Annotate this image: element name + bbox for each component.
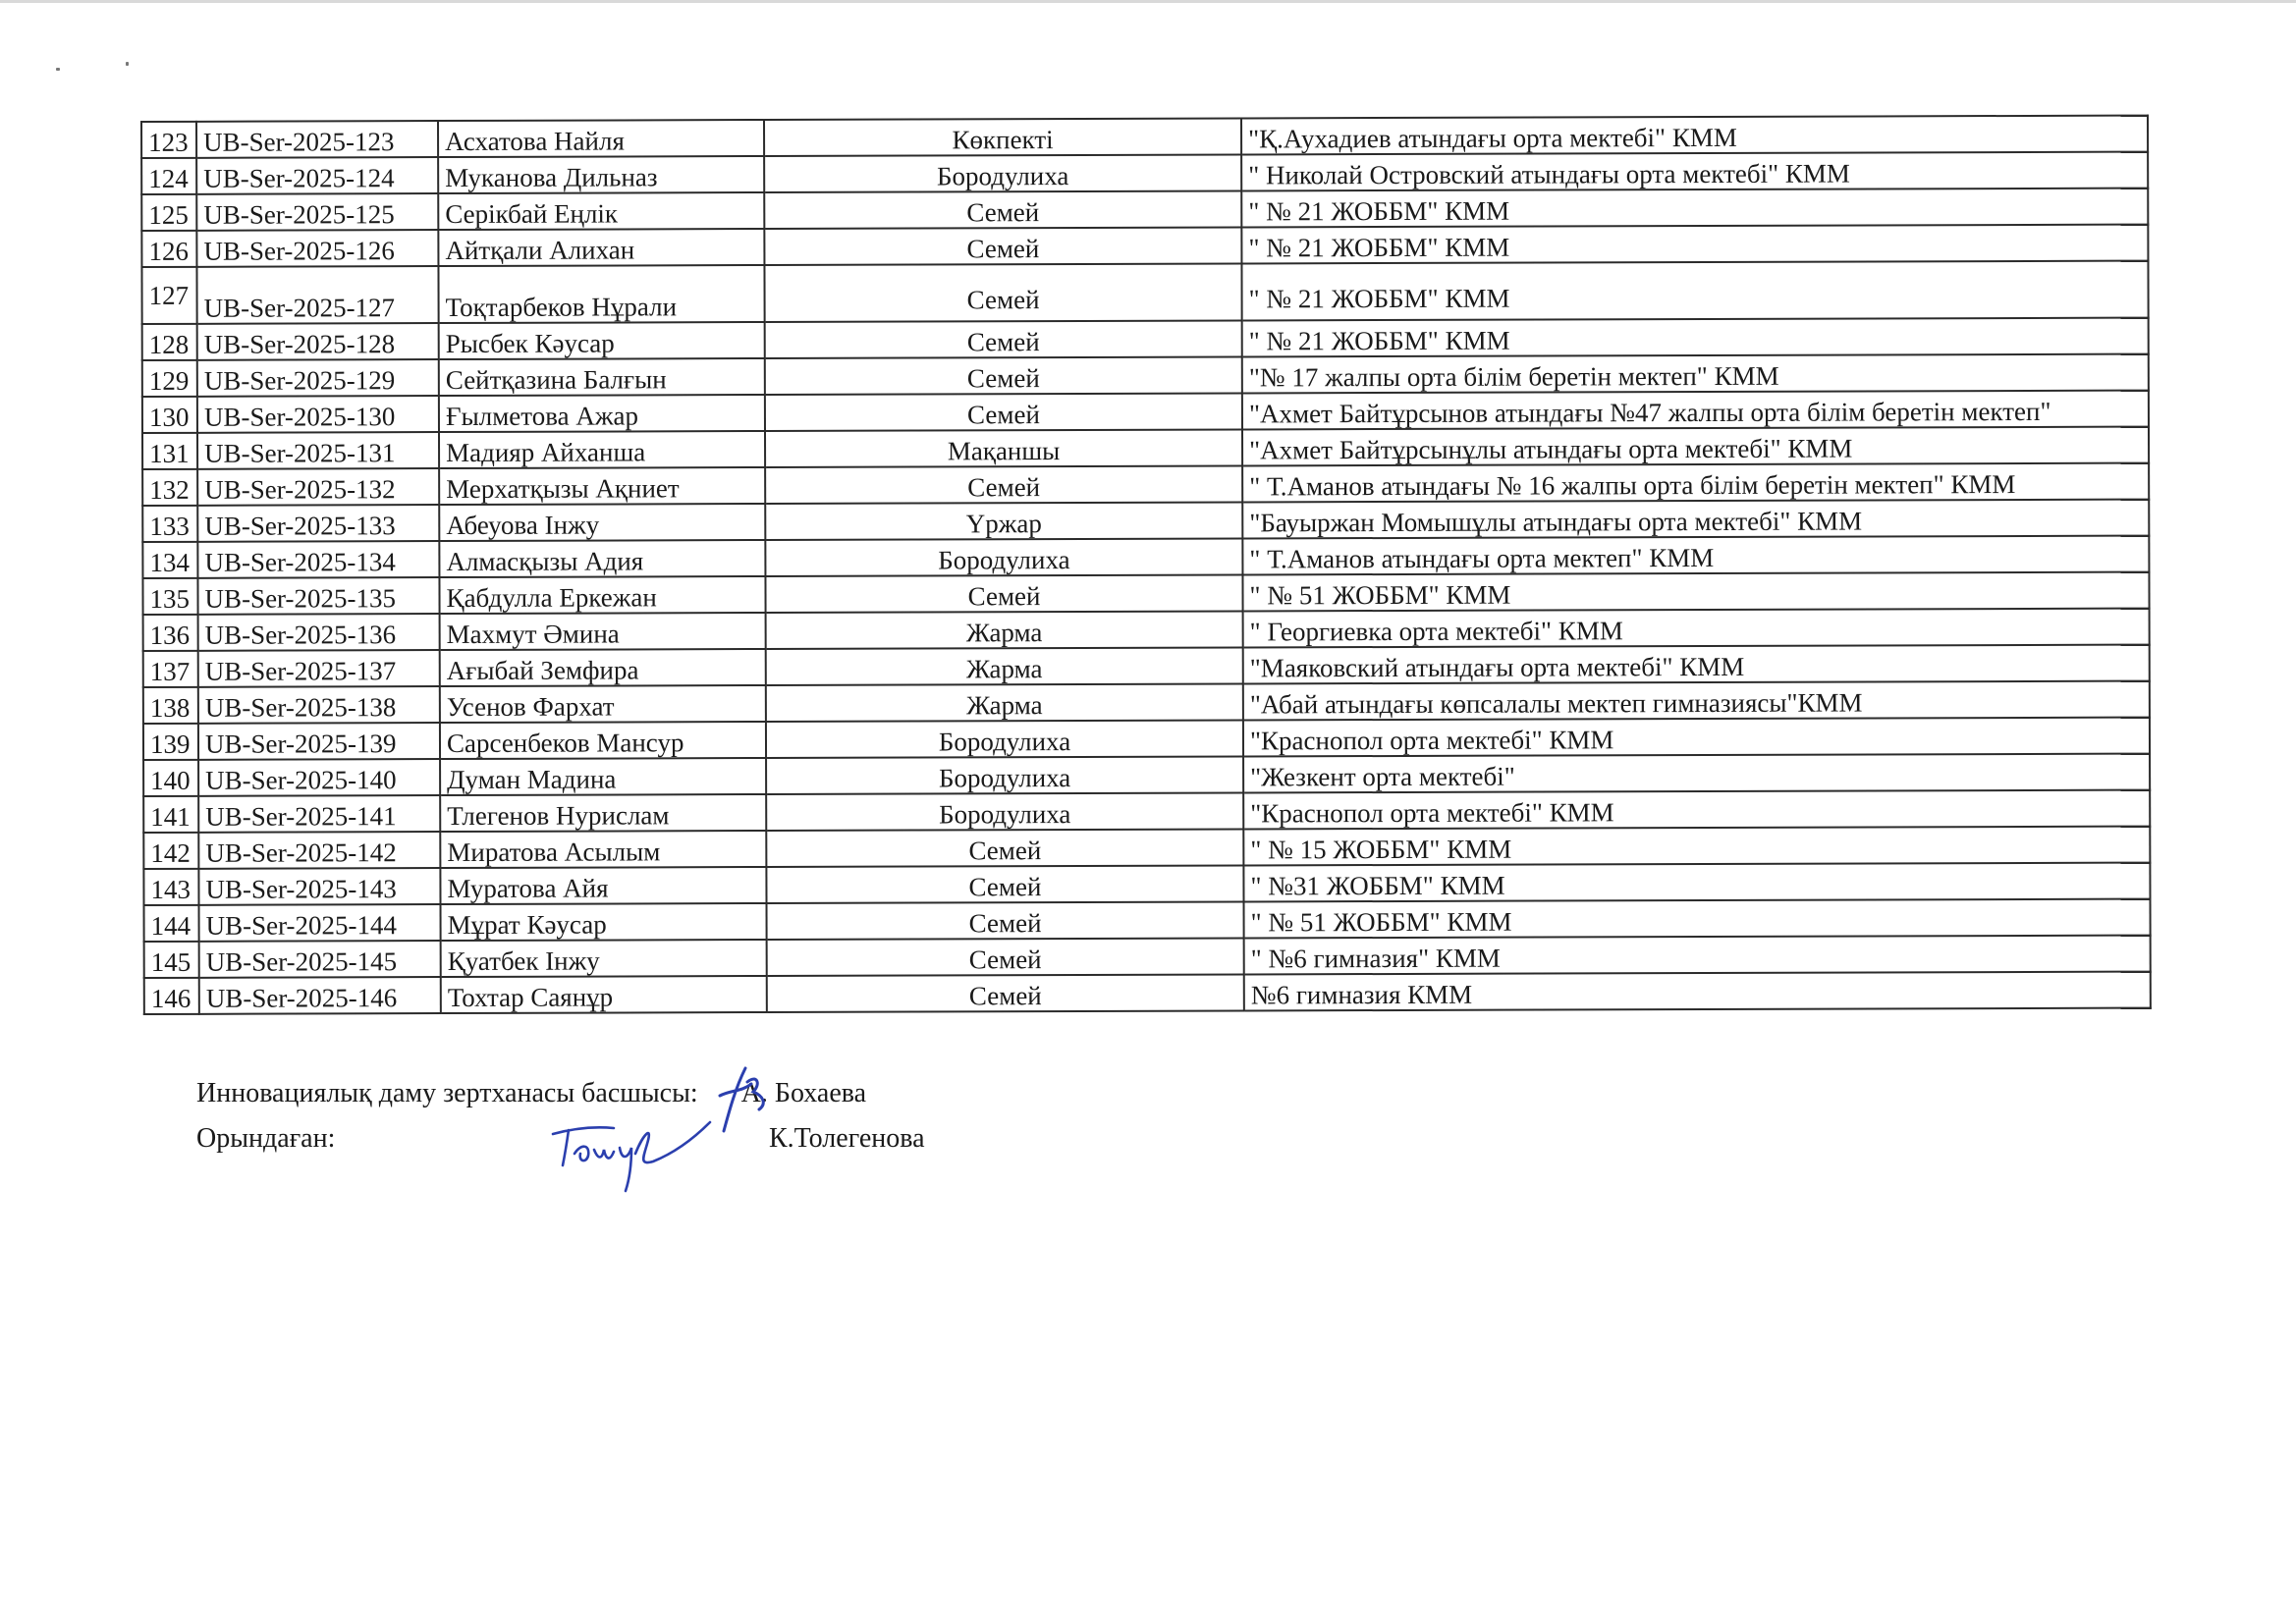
student-name: Абеуова Інжу bbox=[439, 504, 765, 541]
table-row: 124 UB-Ser-2025-124 Муканова Дильназ Бор… bbox=[141, 152, 2148, 194]
row-number: 129 bbox=[142, 360, 197, 397]
student-name: Қуатбек Інжу bbox=[441, 940, 767, 977]
district: Семей bbox=[764, 190, 1241, 229]
school-name: " № 15 ЖОББМ" КММ bbox=[1243, 827, 2150, 866]
district: Семей bbox=[765, 574, 1242, 613]
table-row: 135 UB-Ser-2025-135 Қабдулла Еркежан Сем… bbox=[142, 572, 2149, 615]
table-row: 133 UB-Ser-2025-133 Абеуова Інжу Үржар "… bbox=[142, 500, 2149, 542]
district: Семей bbox=[766, 865, 1243, 903]
table-row: 139 UB-Ser-2025-139 Сарсенбеков Мансур Б… bbox=[143, 718, 2150, 760]
registration-code: UB-Ser-2025-130 bbox=[197, 396, 439, 433]
table-row: 134 UB-Ser-2025-134 Алмасқызы Адия Бород… bbox=[142, 536, 2149, 578]
school-name: " № 21 ЖОББМ" КММ bbox=[1242, 318, 2149, 357]
student-name: Сейтқазина Балғын bbox=[439, 358, 765, 396]
school-name: " №31 ЖОББМ" КММ bbox=[1243, 863, 2150, 902]
table-row: 145 UB-Ser-2025-145 Қуатбек Інжу Семей "… bbox=[144, 936, 2151, 978]
school-name: " № 51 ЖОББМ" КММ bbox=[1242, 572, 2149, 612]
row-number: 124 bbox=[141, 158, 196, 194]
roster-body: 123 UB-Ser-2025-123 Асхатова Найля Көкпе… bbox=[141, 116, 2151, 1014]
registration-code: UB-Ser-2025-123 bbox=[196, 121, 438, 158]
table-row: 129 UB-Ser-2025-129 Сейтқазина Балғын Се… bbox=[142, 354, 2149, 397]
registration-code: UB-Ser-2025-133 bbox=[197, 505, 439, 542]
student-name: Асхатова Найля bbox=[438, 120, 764, 157]
row-number: 139 bbox=[143, 724, 198, 760]
registration-code: UB-Ser-2025-139 bbox=[198, 723, 440, 760]
school-name: "Краснопол орта мектебі" КММ bbox=[1243, 790, 2150, 830]
student-name: Думан Мадина bbox=[440, 758, 766, 795]
row-number: 130 bbox=[142, 397, 197, 433]
student-name: Муратова Айя bbox=[440, 867, 766, 904]
table-row: 140 UB-Ser-2025-140 Думан Мадина Бородул… bbox=[143, 754, 2150, 796]
school-name: " Т.Аманов атындағы № 16 жалпы орта білі… bbox=[1242, 463, 2149, 503]
registration-code: UB-Ser-2025-126 bbox=[196, 230, 438, 267]
head-label: Инновациялық даму зертханасы басшысы: bbox=[196, 1078, 698, 1108]
row-number: 133 bbox=[142, 506, 197, 542]
row-number: 127 bbox=[141, 267, 196, 324]
district: Үржар bbox=[765, 502, 1242, 540]
district: Семей bbox=[765, 393, 1242, 431]
district: Семей bbox=[766, 829, 1243, 867]
row-number: 143 bbox=[143, 869, 198, 905]
scan-edge bbox=[0, 0, 2296, 3]
table-row: 137 UB-Ser-2025-137 Ағыбай Земфира Жарма… bbox=[143, 645, 2150, 687]
scan-speck bbox=[56, 68, 60, 71]
district: Мақаншы bbox=[765, 429, 1242, 467]
district: Семей bbox=[767, 938, 1244, 976]
student-name: Миратова Асылым bbox=[440, 831, 766, 868]
row-number: 131 bbox=[142, 433, 197, 469]
school-name: "Абай атындағы көпсалалы мектеп гимназия… bbox=[1243, 681, 2150, 721]
district: Семей bbox=[765, 320, 1242, 358]
school-name: №6 гимназия КММ bbox=[1244, 972, 2151, 1011]
row-number: 141 bbox=[143, 796, 198, 833]
school-name: " № 21 ЖОББМ" КММ bbox=[1241, 225, 2148, 264]
school-name: " Георгиевка орта мектебі" КММ bbox=[1243, 609, 2150, 648]
registration-code: UB-Ser-2025-143 bbox=[198, 868, 440, 905]
student-name: Тлегенов Нурислам bbox=[440, 794, 766, 832]
student-name: Сарсенбеков Мансур bbox=[440, 722, 766, 759]
student-name: Қабдулла Еркежан bbox=[439, 576, 765, 614]
district: Жарма bbox=[766, 611, 1243, 649]
student-name: Махмут Әмина bbox=[440, 613, 766, 650]
registration-code: UB-Ser-2025-134 bbox=[197, 541, 439, 578]
scan-speck bbox=[126, 62, 129, 66]
student-name: Мадияр Айханша bbox=[439, 431, 765, 468]
district: Семей bbox=[767, 974, 1244, 1012]
table-row: 144 UB-Ser-2025-144 Мұрат Кәусар Семей "… bbox=[144, 899, 2151, 942]
student-name: Рысбек Кәусар bbox=[439, 322, 765, 359]
row-number: 138 bbox=[143, 687, 198, 724]
row-number: 140 bbox=[143, 760, 198, 796]
school-name: " № 21 ЖОББМ" КММ bbox=[1241, 261, 2148, 321]
table-row: 136 UB-Ser-2025-136 Махмут Әмина Жарма "… bbox=[143, 609, 2150, 651]
district: Бородулиха bbox=[765, 538, 1242, 576]
student-name: Алмасқызы Адия bbox=[439, 540, 765, 577]
school-name: "Қ.Аухадиев атындағы орта мектебі" КММ bbox=[1241, 116, 2148, 155]
table-row: 146 UB-Ser-2025-146 Тохтар Саянұр Семей … bbox=[144, 972, 2151, 1014]
registration-code: UB-Ser-2025-144 bbox=[199, 904, 441, 942]
registration-code: UB-Ser-2025-136 bbox=[198, 614, 440, 651]
student-name: Усенов Фархат bbox=[440, 685, 766, 723]
school-name: "Жезкент орта мектебі" bbox=[1243, 754, 2150, 793]
school-name: "Бауыржан Момышұлы атындағы орта мектебі… bbox=[1242, 500, 2149, 539]
executor-signature-icon bbox=[545, 1114, 732, 1198]
executor-name: К.Толегенова bbox=[769, 1123, 925, 1154]
registration-code: UB-Ser-2025-146 bbox=[199, 977, 441, 1014]
table-row: 132 UB-Ser-2025-132 Мерхатқызы Ақниет Се… bbox=[142, 463, 2149, 506]
table-row: 126 UB-Ser-2025-126 Айтқали Алихан Семей… bbox=[141, 225, 2148, 267]
registration-code: UB-Ser-2025-124 bbox=[196, 157, 438, 194]
student-name: Тоқтарбеков Нұрали bbox=[438, 265, 764, 323]
district: Бородулиха bbox=[766, 792, 1243, 831]
row-number: 128 bbox=[142, 324, 197, 360]
table-row: 125 UB-Ser-2025-125 Серікбай Еңлік Семей… bbox=[141, 189, 2148, 231]
student-name: Тохтар Саянұр bbox=[441, 976, 767, 1013]
registration-code: UB-Ser-2025-131 bbox=[197, 432, 439, 469]
registration-code: UB-Ser-2025-127 bbox=[196, 266, 438, 324]
registration-code: UB-Ser-2025-138 bbox=[198, 686, 440, 724]
student-name: Мұрат Кәусар bbox=[441, 903, 767, 941]
school-name: "Краснопол орта мектебі" КММ bbox=[1243, 718, 2150, 757]
row-number: 134 bbox=[142, 542, 197, 578]
school-name: " Т.Аманов атындағы орта мектеп" КММ bbox=[1242, 536, 2149, 575]
registration-code: UB-Ser-2025-129 bbox=[197, 359, 439, 397]
executor-name-line: К.Толегенова bbox=[769, 1123, 925, 1155]
row-number: 123 bbox=[141, 122, 196, 158]
student-name: Мерхатқызы Ақниет bbox=[439, 467, 765, 505]
district: Бородулиха bbox=[766, 720, 1243, 758]
executor-label-line: Орындаған: bbox=[196, 1123, 335, 1155]
school-name: " №6 гимназия" КММ bbox=[1244, 936, 2151, 975]
school-name: " № 51 ЖОББМ" КММ bbox=[1244, 899, 2151, 939]
row-number: 135 bbox=[142, 578, 197, 615]
table-row: 130 UB-Ser-2025-130 Ғылметова Ажар Семей… bbox=[142, 391, 2149, 433]
row-number: 137 bbox=[143, 651, 198, 687]
student-name: Айтқали Алихан bbox=[438, 229, 764, 266]
executor-label: Орындаған: bbox=[196, 1123, 335, 1154]
district: Семей bbox=[765, 356, 1242, 395]
student-name: Ғылметова Ажар bbox=[439, 395, 765, 432]
school-name: "Ахмет Байтұрсынұлы атындағы орта мектеб… bbox=[1242, 427, 2149, 466]
registration-code: UB-Ser-2025-125 bbox=[196, 193, 438, 231]
row-number: 136 bbox=[143, 615, 198, 651]
table-row: 143 UB-Ser-2025-143 Муратова Айя Семей "… bbox=[143, 863, 2150, 905]
registration-code: UB-Ser-2025-141 bbox=[198, 795, 440, 833]
table-row: 123 UB-Ser-2025-123 Асхатова Найля Көкпе… bbox=[141, 116, 2148, 158]
district: Семей bbox=[765, 465, 1242, 504]
registration-code: UB-Ser-2025-140 bbox=[198, 759, 440, 796]
student-name: Серікбай Еңлік bbox=[438, 192, 764, 230]
table-row: 131 UB-Ser-2025-131 Мадияр Айханша Мақан… bbox=[142, 427, 2149, 469]
table-row: 128 UB-Ser-2025-128 Рысбек Кәусар Семей … bbox=[142, 318, 2149, 360]
district: Бородулиха bbox=[764, 154, 1241, 192]
student-roster-table: 123 UB-Ser-2025-123 Асхатова Найля Көкпе… bbox=[140, 115, 2152, 1015]
row-number: 142 bbox=[143, 833, 198, 869]
school-name: "Ахмет Байтұрсынов атындағы №47 жалпы ор… bbox=[1242, 391, 2149, 430]
district: Семей bbox=[764, 263, 1241, 322]
registration-code: UB-Ser-2025-145 bbox=[199, 941, 441, 978]
row-number: 126 bbox=[141, 231, 196, 267]
district: Семей bbox=[767, 901, 1244, 940]
school-name: "Маяковский атындағы орта мектебі" КММ bbox=[1243, 645, 2150, 684]
table-row: 138 UB-Ser-2025-138 Усенов Фархат Жарма … bbox=[143, 681, 2150, 724]
registration-code: UB-Ser-2025-135 bbox=[197, 577, 439, 615]
school-name: " № 21 ЖОББМ" КММ bbox=[1241, 189, 2148, 228]
district: Бородулиха bbox=[766, 756, 1243, 794]
school-name: "№ 17 жалпы орта білім беретін мектеп" К… bbox=[1242, 354, 2149, 394]
row-number: 144 bbox=[144, 905, 199, 942]
registration-code: UB-Ser-2025-132 bbox=[197, 468, 439, 506]
student-name: Муканова Дильназ bbox=[438, 156, 764, 193]
row-number: 146 bbox=[144, 978, 199, 1014]
district: Семей bbox=[764, 227, 1241, 265]
row-number: 125 bbox=[141, 194, 196, 231]
table-row: 141 UB-Ser-2025-141 Тлегенов Нурислам Бо… bbox=[143, 790, 2150, 833]
row-number: 132 bbox=[142, 469, 197, 506]
registration-code: UB-Ser-2025-137 bbox=[198, 650, 440, 687]
student-name: Ағыбай Земфира bbox=[440, 649, 766, 686]
registration-code: UB-Ser-2025-142 bbox=[198, 832, 440, 869]
table-row: 142 UB-Ser-2025-142 Миратова Асылым Семе… bbox=[143, 827, 2150, 869]
district: Көкпекті bbox=[764, 118, 1241, 156]
district: Жарма bbox=[766, 683, 1243, 722]
district: Жарма bbox=[766, 647, 1243, 685]
registration-code: UB-Ser-2025-128 bbox=[197, 323, 439, 360]
table-row: 127 UB-Ser-2025-127 Тоқтарбеков Нұрали С… bbox=[141, 261, 2148, 324]
row-number: 145 bbox=[144, 942, 199, 978]
school-name: " Николай Островский атындағы орта мекте… bbox=[1241, 152, 2148, 191]
